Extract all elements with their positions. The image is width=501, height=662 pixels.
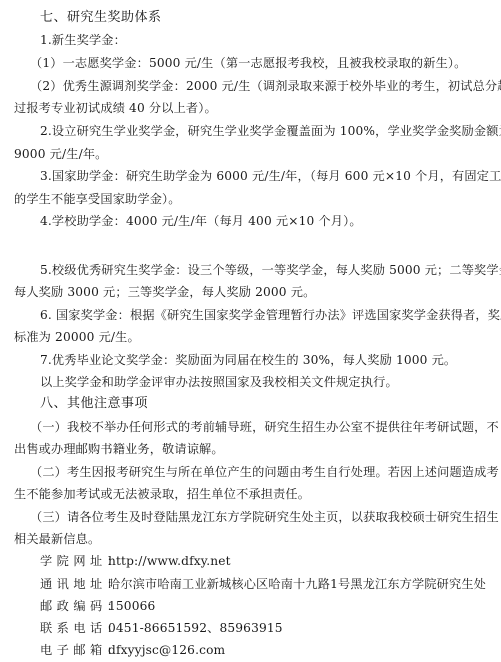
- address-label: 通讯地址：: [40, 576, 108, 592]
- postcode-label: 邮政编码：: [40, 598, 108, 614]
- paragraph-line: 4.学校助学金：4000 元/生/年（每月 400 元×10 个月）。: [0, 213, 501, 229]
- paragraph-line: 标准为 20000 元/生。: [0, 329, 501, 345]
- paragraph-line: 相关最新信息。: [0, 531, 501, 547]
- paragraph-line: 5.校级优秀研究生奖学金：设三个等级，一等奖学金，每人奖励 5000 元；二等奖…: [0, 262, 501, 278]
- section-7-title: 七、研究生奖助体系: [0, 10, 501, 26]
- paragraph-line: 出售或办理邮购书籍业务，敬请谅解。: [0, 441, 501, 457]
- address-value: 哈尔滨市哈南工业新城核心区哈南十九路1号黑龙江东方学院研究生处: [108, 577, 486, 591]
- paragraph-line: 以上奖学金和助学金评审办法按照国家及我校相关文件规定执行。: [0, 374, 501, 390]
- website-label: 学院网址：: [40, 553, 108, 569]
- paragraph-line: 过报考专业初试成绩 40 分以上者）。: [0, 100, 501, 116]
- paragraph-line: 每人奖励 3000 元；三等奖学金，每人奖励 2000 元。: [0, 284, 501, 300]
- paragraph-line: （2）优秀生源调剂奖学金：2000 元/生（调剂录取来源于校外毕业的考生，初试总…: [0, 78, 501, 94]
- paragraph-line: 1.新生奖学金：: [0, 32, 501, 48]
- contact-postcode: 邮政编码：150066: [0, 598, 501, 614]
- paragraph-line: 3.国家助学金：研究生助学金为 6000 元/生/年，（每月 600 元×10 …: [0, 168, 501, 184]
- postcode-value: 150066: [108, 599, 155, 613]
- paragraph-line: 的学生不能享受国家助学金）。: [0, 191, 501, 207]
- paragraph-line: （二）考生因报考研究生与所在单位产生的问题由考生自行处理。若因上述问题造成考: [0, 464, 501, 480]
- contact-website: 学院网址：http://www.dfxy.net: [0, 553, 501, 569]
- email-link[interactable]: dfxyyjsc@126.com: [108, 643, 225, 657]
- phone-label: 联系电话：: [40, 620, 108, 636]
- paragraph-line: （三）请各位考生及时登陆黑龙江东方学院研究生处主页，以获取我校硕士研究生招生: [0, 509, 501, 525]
- email-label: 电子邮箱：: [40, 642, 108, 658]
- paragraph-line: （1）一志愿奖学金：5000 元/生（第一志愿报考我校，且被我校录取的新生）。: [0, 55, 501, 71]
- paragraph-line: 7.优秀毕业论文奖学金：奖励面为同届在校生的 30%，每人奖励 1000 元。: [0, 352, 501, 368]
- phone-value: 0451-86651592、85963915: [108, 621, 283, 635]
- website-link[interactable]: http://www.dfxy.net: [108, 554, 231, 568]
- contact-phone: 联系电话：0451-86651592、85963915: [0, 620, 501, 636]
- paragraph-line: 生不能参加考试或无法被录取，招生单位不承担责任。: [0, 486, 501, 502]
- contact-email: 电子邮箱：dfxyyjsc@126.com: [0, 642, 501, 658]
- section-8-title: 八、其他注意事项: [0, 396, 501, 412]
- paragraph-line: 6. 国家奖学金：根据《研究生国家奖学金管理暂行办法》评选国家奖学金获得者，奖励: [0, 307, 501, 323]
- paragraph-line: 2.设立研究生学业奖学金，研究生学业奖学金覆盖面为 100%，学业奖学金奖励金额…: [0, 123, 501, 139]
- paragraph-line: （一）我校不举办任何形式的考前辅导班，研究生招生办公室不提供往年考研试题，不: [0, 419, 501, 435]
- paragraph-line: 9000 元/生/年。: [0, 146, 501, 162]
- contact-address: 通讯地址：哈尔滨市哈南工业新城核心区哈南十九路1号黑龙江东方学院研究生处: [0, 576, 501, 592]
